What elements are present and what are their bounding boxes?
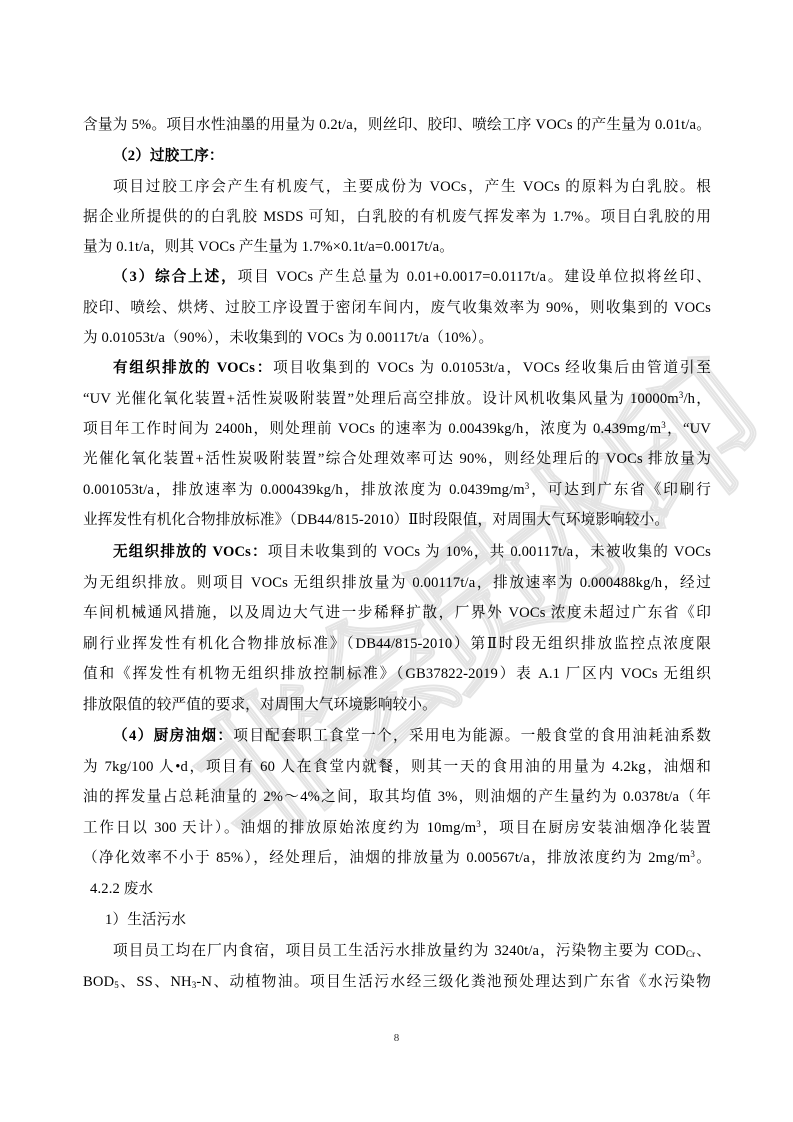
page-number: 8: [0, 1032, 793, 1044]
paragraph-line: 0.001053t/a，排放速率为 0.000439kg/h，排放浓度为 0.0…: [83, 475, 711, 505]
paragraph-line: 车间机械通风措施，以及周边大气进一步稀释扩散，厂界外 VOCs 浓度未超过广东省…: [83, 598, 711, 628]
text-segment: “UV 光催化氧化装置+活性炭吸附装置”处理后高空排放。设计风机收集风量为 10…: [83, 391, 679, 407]
paragraph-text: 项目 VOCs 产生总量为 0.01+0.0017=0.0117t/a。建设单位…: [238, 269, 711, 285]
paragraph-line: 业挥发性有机化合物排放标准》（DB44/815-2010）Ⅱ时段限值，对周围大气…: [83, 505, 669, 535]
paragraph-line: 量为 0.1t/a，则其 VOCs 产生量为 1.7%×0.1t/a=0.001…: [83, 232, 454, 262]
paragraph-line: 油的挥发量占总耗油量的 2%～4%之间，取其均值 3%，则油烟的产生量约为 0.…: [83, 782, 711, 812]
paragraph-line: （净化效率不小于 85%），经处理后，油烟的排放量为 0.00567t/a，排放…: [83, 843, 711, 873]
paragraph-line-summary: （3）综合上述，项目 VOCs 产生总量为 0.01+0.0017=0.0117…: [113, 262, 711, 292]
section-heading-gluing: （2）过胶工序：: [113, 141, 224, 171]
text-segment: -N、动植物油。项目生活污水经三级化粪池预处理达到广东省《水污染物: [196, 974, 711, 990]
heading-label: 有组织排放的 VOCs：: [113, 360, 273, 376]
section-heading-wastewater: 4.2.2 废水: [90, 874, 153, 904]
paragraph-line: 含量为 5%。项目水性油墨的用量为 0.2t/a，则丝印、胶印、喷绘工序 VOC…: [83, 110, 711, 140]
paragraph-line: 刷行业挥发性有机化合物排放标准》（DB44/815-2010）第Ⅱ时段无组织排放…: [83, 629, 711, 659]
text-segment: /h，: [683, 391, 711, 407]
paragraph-line: 胶印、喷绘、烘烤、过胶工序设置于密闭车间内，废气收集效率为 90%，则收集到的 …: [83, 293, 711, 323]
paragraph-line: 据企业所提供的的白乳胶 MSDS 可知，白乳胶的有机废气挥发率为 1.7%。项目…: [83, 202, 711, 232]
heading-label: （2）过胶工序：: [113, 148, 224, 164]
subsection-heading-domestic-sewage: 1）生活污水: [105, 905, 186, 935]
paragraph-line: 为 0.01053t/a（90%），未收集到的 VOCs 为 0.00117t/…: [83, 323, 493, 353]
paragraph-line-organized-emission: 有组织排放的 VOCs：项目收集到的 VOCs 为 0.01053t/a，VOC…: [113, 353, 711, 383]
paragraph-line: 项目员工均在厂内食宿，项目员工生活污水排放量约为 3240t/a，污染物主要为 …: [113, 936, 711, 966]
paragraph-line-fugitive-emission: 无组织排放的 VOCs：项目未收集到的 VOCs 为 10%，共 0.00117…: [113, 537, 711, 567]
text-segment: BOD: [83, 974, 114, 990]
text-segment: 项目员工均在厂内食宿，项目员工生活污水排放量约为 3240t/a，污染物主要为 …: [113, 943, 686, 959]
paragraph-line: 光催化氧化装置+活性炭吸附装置”综合处理效率可达 90%，则经处理后的 VOCs…: [83, 444, 711, 474]
text-segment: 项目年工作时间为 2400h，则处理前 VOCs 的速率为 0.00439kg/…: [83, 421, 661, 437]
paragraph-line: 项目年工作时间为 2400h，则处理前 VOCs 的速率为 0.00439kg/…: [83, 414, 711, 444]
text-segment: 0.001053t/a，排放速率为 0.000439kg/h，排放浓度为 0.0…: [83, 482, 525, 498]
text-segment: ，可达到广东省《印刷行: [529, 482, 711, 498]
paragraph-text: 项目收集到的 VOCs 为 0.01053t/a，VOCs 经收集后由管道引至: [273, 360, 711, 376]
subscript: Cr: [686, 949, 695, 959]
heading-label: 无组织排放的 VOCs：: [113, 544, 268, 560]
text-segment: 工作日以 300 天计）。油烟的排放原始浓度约为 10mg/m: [83, 820, 476, 836]
text-segment: ，项目在厨房安装油烟净化装置: [481, 820, 711, 836]
paragraph-line: 排放限值的较严值的要求，对周围大气环境影响较小。: [83, 690, 437, 720]
text-segment: ，“UV: [666, 421, 711, 437]
text-segment: （净化效率不小于 85%），经处理后，油烟的排放量为 0.00567t/a，排放…: [83, 850, 690, 866]
text-segment: 、SS、NH: [119, 974, 192, 990]
paragraph-text: 项目配套职工食堂一个，采用电为能源。一般食堂的食用油耗油系数: [233, 728, 711, 744]
paragraph-text: 项目未收集到的 VOCs 为 10%，共 0.00117t/a，未被收集的 VO…: [268, 544, 711, 560]
text-segment: 。: [695, 850, 711, 866]
paragraph-line: BOD5、SS、NH3-N、动植物油。项目生活污水经三级化粪池预处理达到广东省《…: [83, 967, 711, 997]
paragraph-line: 项目过胶工序会产生有机废气，主要成份为 VOCs，产生 VOCs 的原料为白乳胶…: [113, 172, 711, 202]
paragraph-line: 值和《挥发性有机物无组织排放控制标准》（GB37822-2019）表 A.1 厂…: [83, 659, 711, 689]
paragraph-line: 为 7kg/100 人•d，项目有 60 人在食堂内就餐，则其一天的食用油的用量…: [83, 752, 711, 782]
paragraph-line: 工作日以 300 天计）。油烟的排放原始浓度约为 10mg/m3，项目在厨房安装…: [83, 813, 711, 843]
heading-label: （4）厨房油烟：: [113, 728, 233, 744]
paragraph-line-kitchen-fumes: （4）厨房油烟：项目配套职工食堂一个，采用电为能源。一般食堂的食用油耗油系数: [113, 721, 711, 751]
text-segment: 、: [695, 943, 711, 959]
paragraph-line: “UV 光催化氧化装置+活性炭吸附装置”处理后高空排放。设计风机收集风量为 10…: [83, 384, 711, 414]
paragraph-line: 为无组织排放。则项目 VOCs 无组织排放量为 0.00117t/a，排放速率为…: [83, 568, 711, 598]
heading-label: （3）综合上述，: [113, 269, 238, 285]
